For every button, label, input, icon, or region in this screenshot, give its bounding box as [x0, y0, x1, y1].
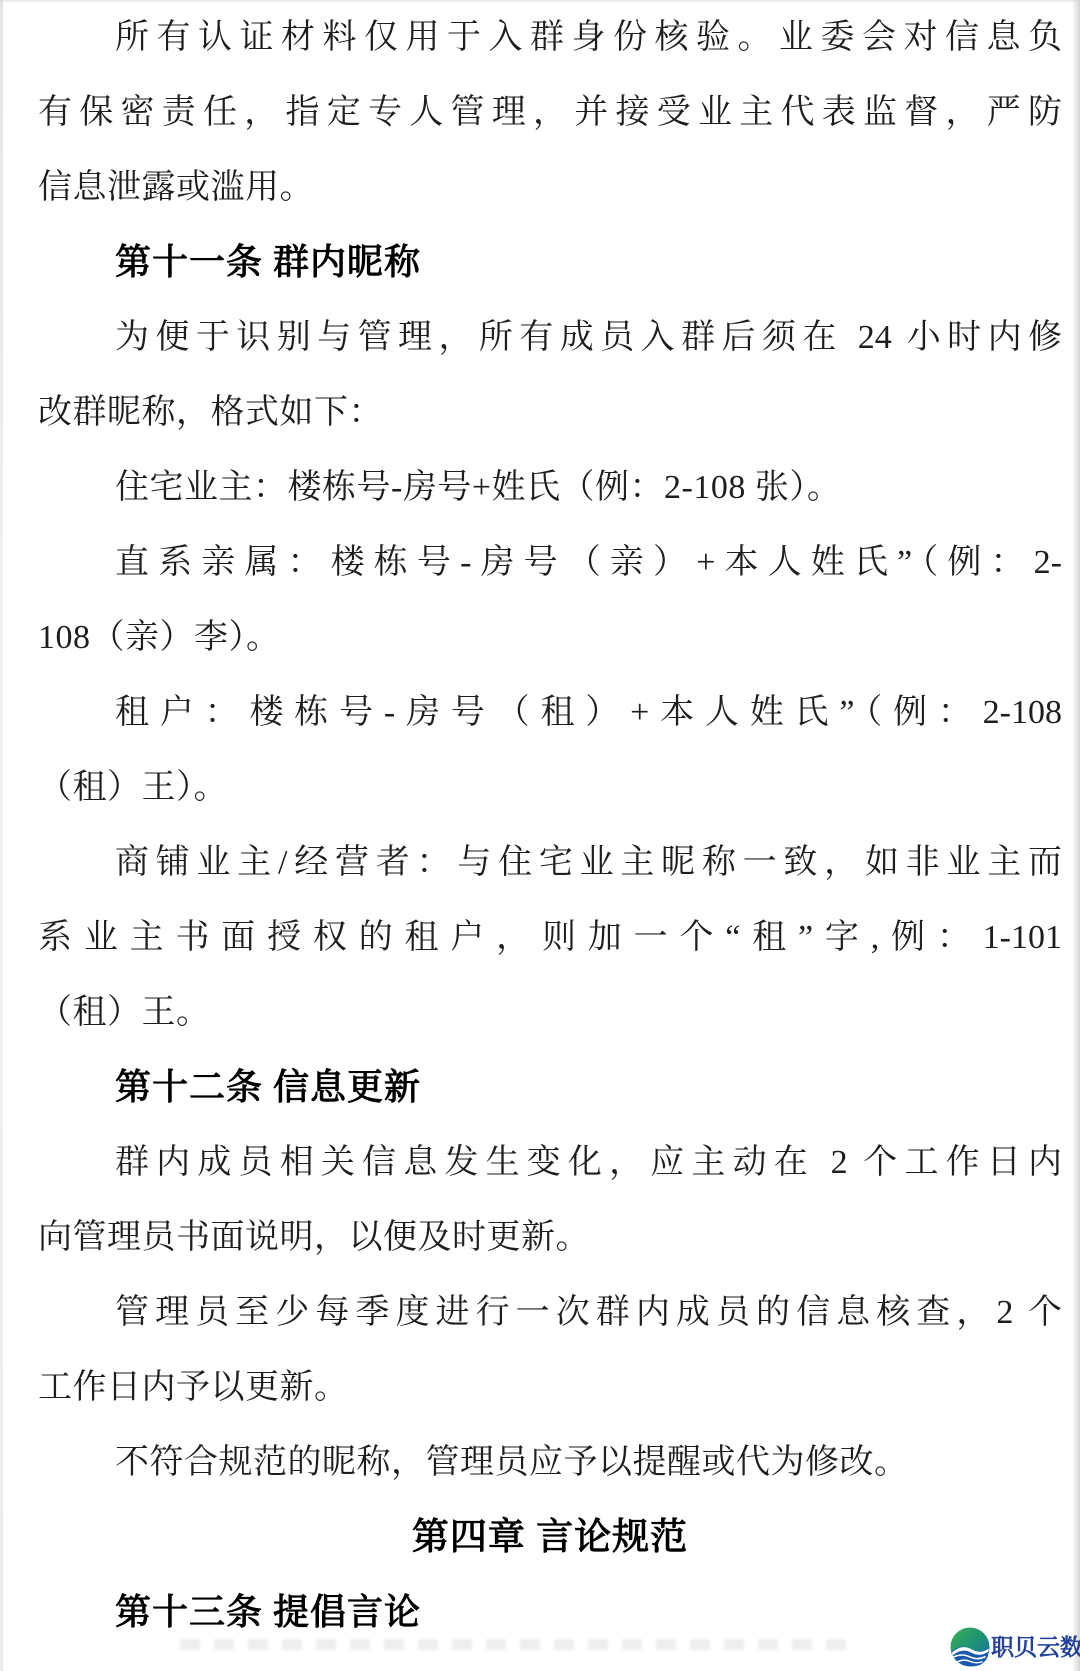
text-line: （租）王。	[0, 975, 1080, 1050]
text-line: 改群昵称，格式如下：	[0, 375, 1080, 450]
text-line: 所有认证材料仅用于入群身份核验。业委会对信息负	[0, 0, 1080, 75]
text-line: 为便于识别与管理，所有成员入群后须在 24 小时内修	[0, 300, 1080, 375]
text-line: 群内成员相关信息发生变化，应主动在 2 个工作日内	[0, 1125, 1080, 1200]
text-line: 有保密责任，指定专人管理，并接受业主代表监督，严防	[0, 75, 1080, 150]
article-heading: 第十一条 群内昵称	[0, 225, 1080, 300]
text-line: 工作日内予以更新。	[0, 1350, 1080, 1425]
text-line: 商铺业主/经营者：与住宅业主昵称一致，如非业主而	[0, 825, 1080, 900]
text-line: 管理员至少每季度进行一次群内成员的信息核查，2 个	[0, 1275, 1080, 1350]
text-line: 系业主书面授权的租户，则加一个“租”字,例：1-101	[0, 900, 1080, 975]
text-line: 不符合规范的昵称，管理员应予以提醒或代为修改。	[0, 1425, 1080, 1500]
text-line: 住宅业主：楼栋号-房号+姓氏（例：2-108 张）。	[0, 450, 1080, 525]
text-line: 租户：楼栋号-房号（租）+本人姓氏”（例：2-108	[0, 675, 1080, 750]
page-bleed-artifact	[180, 1639, 850, 1650]
text-line: 信息泄露或滥用。	[0, 150, 1080, 225]
text-line: （租）王）。	[0, 750, 1080, 825]
watermark-brand: 职贝云数	[950, 1626, 1078, 1668]
text-line: 108（亲）李）。	[0, 600, 1080, 675]
brand-text: 职贝云数	[991, 1627, 1080, 1667]
text-line: 向管理员书面说明，以便及时更新。	[0, 1200, 1080, 1275]
document-body: 所有认证材料仅用于入群身份核验。业委会对信息负有保密责任，指定专人管理，并接受业…	[0, 0, 1080, 1650]
text-line: 直系亲属：楼栋号-房号（亲）+本人姓氏”（例：2-	[0, 525, 1080, 600]
document-page: 所有认证材料仅用于入群身份核验。业委会对信息负有保密责任，指定专人管理，并接受业…	[0, 0, 1080, 1671]
chapter-heading: 第四章 言论规范	[0, 1500, 1080, 1575]
article-heading: 第十二条 信息更新	[0, 1050, 1080, 1125]
wave-globe-icon	[950, 1627, 990, 1667]
